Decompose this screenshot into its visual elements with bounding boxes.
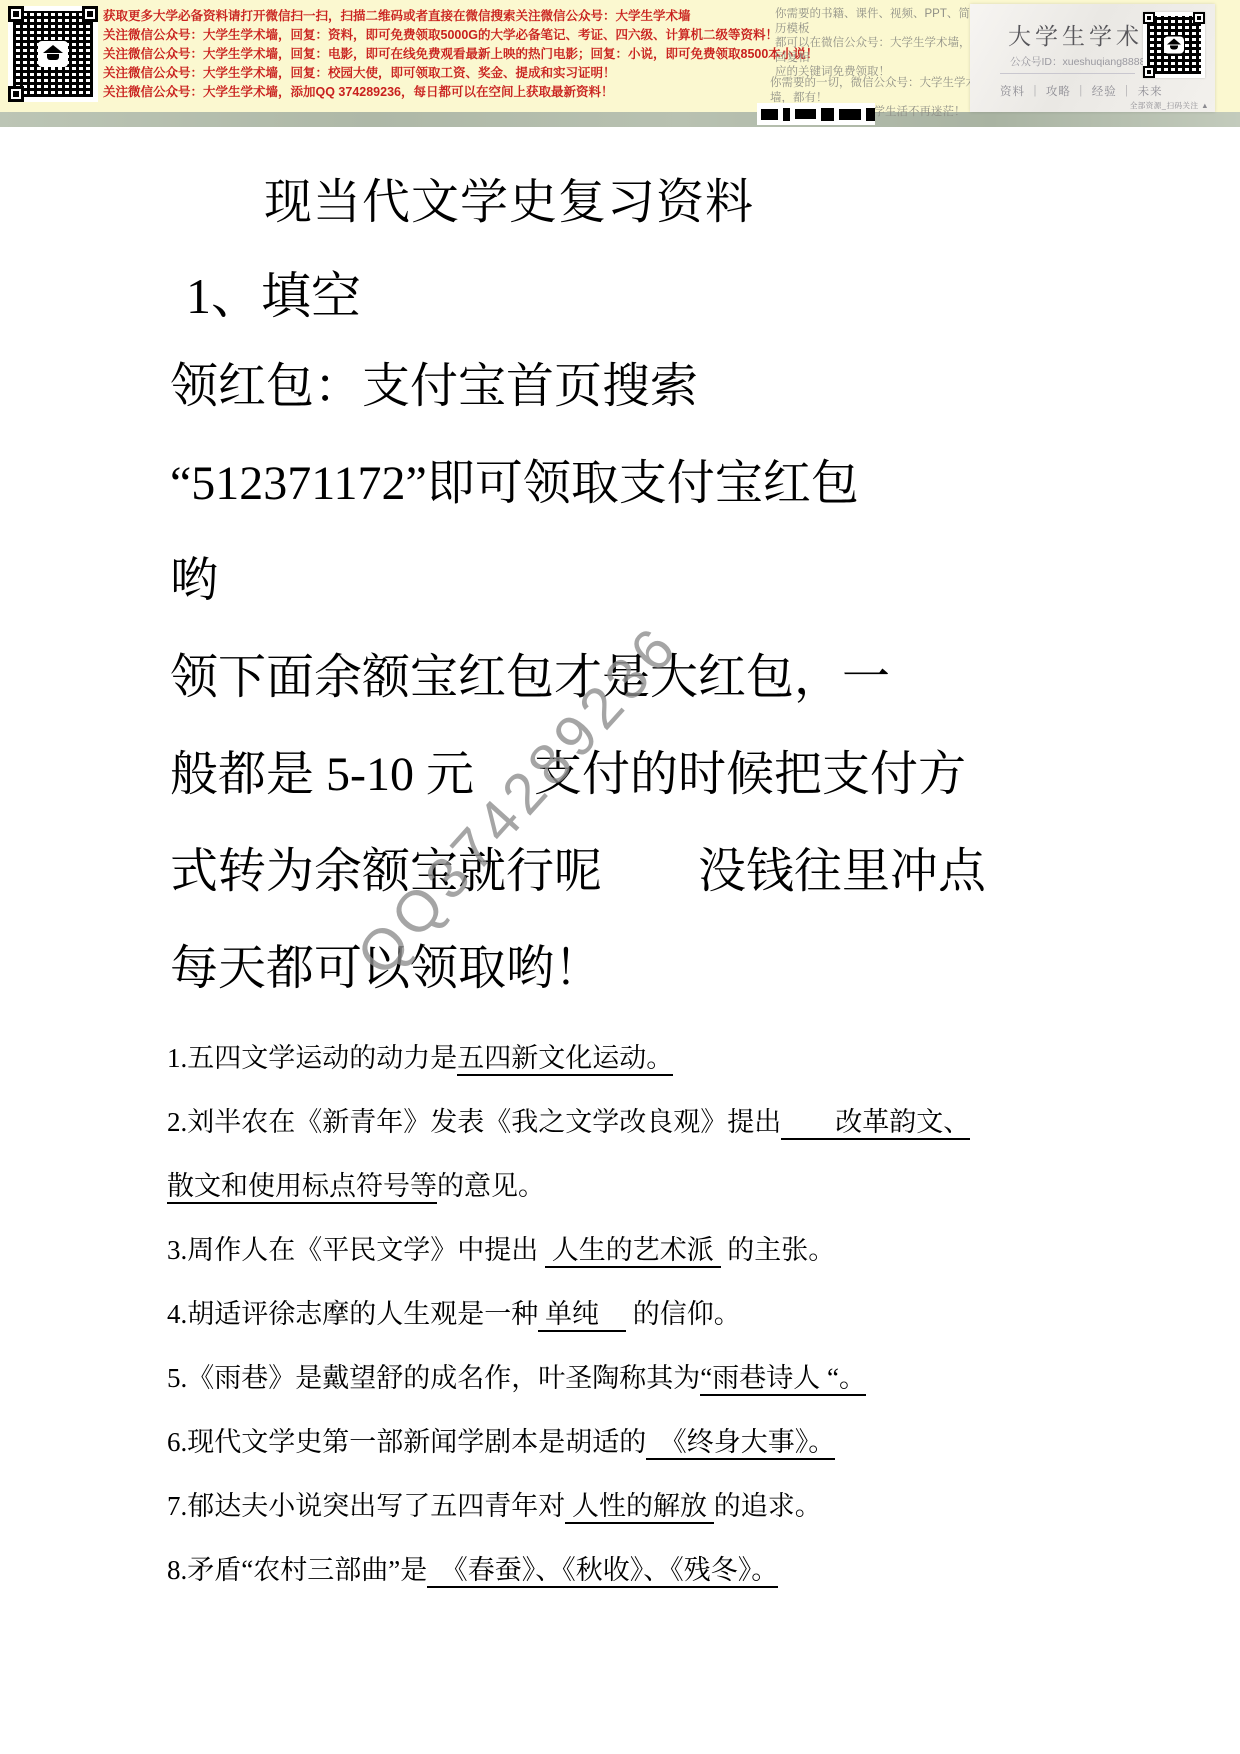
qr-finder-icon	[82, 6, 98, 22]
answer-underlined: 《春蚕》、《秋收》、《残冬》。	[427, 1555, 778, 1588]
item-text: 的意见。	[437, 1171, 545, 1201]
answer-underlined: 《终身大事》。	[646, 1427, 835, 1460]
banner-promo-lines: 获取更多大学必备资料请打开微信扫一扫，扫描二维码或者直接在微信搜索关注微信公众号…	[103, 7, 803, 102]
answer-underlined: 人生的艺术派	[545, 1235, 721, 1268]
fill-item-line: 1.五四文学运动的动力是五四新文化运动。	[167, 1026, 1117, 1090]
qr-finder-icon	[1143, 12, 1155, 24]
clipped-text-fragment	[757, 103, 875, 125]
banner-promo-line: 关注微信公众号：大学生学术墙，添加QQ 374289236，每日都可以在空间上获…	[103, 83, 803, 102]
promo-line: 领红包：支付宝首页搜索	[170, 338, 1100, 435]
item-text: 8.矛盾“农村三部曲”是	[167, 1555, 427, 1585]
promo-line: “512371172”即可领取支付宝红包	[170, 435, 1100, 532]
item-text: 的主张。	[721, 1235, 836, 1265]
item-text: 1.五四文学运动的动力是	[167, 1043, 457, 1073]
promo-line: 式转为余额宝就行呢 没钱往里冲点	[170, 823, 1100, 920]
promo-line: 般都是 5-10 元 支付的时候把支付方	[170, 726, 1100, 823]
item-text: 的信仰。	[626, 1299, 741, 1329]
promo-line: 每天都可以领取哟！	[170, 920, 1100, 1017]
item-text: 6.现代文学史第一部新闻学剧本是胡适的	[167, 1427, 646, 1457]
item-text: 5.《雨巷》是戴望舒的成名作，叶圣陶称其为	[167, 1363, 700, 1393]
item-text: 的追求。	[714, 1491, 822, 1521]
fill-item-line: 散文和使用标点符号等的意见。	[167, 1154, 1117, 1218]
divider-strip	[0, 112, 1240, 127]
qr-code-left-icon	[8, 6, 98, 102]
item-text: 3.周作人在《平民文学》中提出	[167, 1235, 545, 1265]
qr-caption: 全部资源_扫码关注 ▲	[1130, 100, 1209, 111]
banner-promo-line: 关注微信公众号：大学生学术墙，回复：电影，即可在线免费观看最新上映的热门电影；回…	[103, 45, 803, 64]
item-text: 4.胡适评徐志摩的人生观是一种	[167, 1299, 538, 1329]
item-text: 2.刘半农在《新青年》发表《我之文学改良观》提出	[167, 1107, 781, 1137]
answer-underlined: 五四新文化运动。	[457, 1043, 673, 1076]
fill-item-line: 3.周作人在《平民文学》中提出 人生的艺术派 的主张。	[167, 1218, 1117, 1282]
promo-banner: 获取更多大学必备资料请打开微信扫一扫，扫描二维码或者直接在微信搜索关注微信公众号…	[0, 0, 1240, 112]
fill-item-line: 8.矛盾“农村三部曲”是 《春蚕》、《秋收》、《残冬》。	[167, 1538, 1117, 1602]
qr-finder-icon	[8, 6, 24, 22]
banner-promo-line: 关注微信公众号：大学生学术墙，回复：资料，即可免费领取5000G的大学必备笔记、…	[103, 26, 803, 45]
qr-code-right-icon	[1143, 12, 1205, 78]
fill-item-line: 2.刘半农在《新青年》发表《我之文学改良观》提出 改革韵文、	[167, 1090, 1117, 1154]
answer-underlined: “雨巷诗人 “。	[700, 1363, 866, 1396]
fill-item-line: 6.现代文学史第一部新闻学剧本是胡适的 《终身大事》。	[167, 1410, 1117, 1474]
brand-card: 大学生学术墙 公众号ID：xueshuqiang8888 资料 ｜ 攻略 ｜ 经…	[970, 4, 1215, 112]
graduation-cap-icon	[38, 41, 68, 67]
item-text: 7.郁达夫小说突出写了五四青年对	[167, 1491, 565, 1521]
document-page: 获取更多大学必备资料请打开微信扫一扫，扫描二维码或者直接在微信搜索关注微信公众号…	[0, 0, 1240, 1754]
qr-finder-icon	[1193, 12, 1205, 24]
fill-item-line: 4.胡适评徐志摩的人生观是一种 单纯 的信仰。	[167, 1282, 1117, 1346]
graduation-cap-icon	[1164, 37, 1184, 54]
answer-underlined: 改革韵文、	[781, 1107, 970, 1140]
banner-promo-line: 关注微信公众号：大学生学术墙，回复：校园大使，即可领取工资、奖金、提成和实习证明…	[103, 64, 803, 83]
answer-underlined: 人性的解放	[565, 1491, 714, 1524]
qr-finder-icon	[1143, 66, 1155, 78]
fill-blank-list: 1.五四文学运动的动力是五四新文化运动。2.刘半农在《新青年》发表《我之文学改良…	[167, 1026, 1117, 1602]
banner-note-top: 你需要的书籍、课件、视频、PPT、简历模板 都可以在微信公众号：大学生学术墙，回…	[775, 7, 975, 80]
fill-item-line: 7.郁达夫小说突出写了五四青年对 人性的解放 的追求。	[167, 1474, 1117, 1538]
banner-promo-line: 获取更多大学必备资料请打开微信扫一扫，扫描二维码或者直接在微信搜索关注微信公众号…	[103, 7, 803, 26]
qr-finder-icon	[8, 86, 24, 102]
divider	[1000, 73, 1135, 74]
answer-underlined: 单纯	[538, 1299, 626, 1332]
promo-line: 哟	[170, 532, 1100, 629]
answer-underlined: 散文和使用标点符号等	[167, 1171, 437, 1204]
brand-account-id: 公众号ID：xueshuqiang8888	[1010, 54, 1145, 69]
fill-item-line: 5.《雨巷》是戴望舒的成名作，叶圣陶称其为“雨巷诗人 “。	[167, 1346, 1117, 1410]
brand-tagline: 资料 ｜ 攻略 ｜ 经验 ｜ 未来	[1000, 83, 1163, 99]
section-heading: 1、填空	[186, 256, 361, 328]
page-title: 现当代文学史复习资料	[264, 163, 754, 232]
